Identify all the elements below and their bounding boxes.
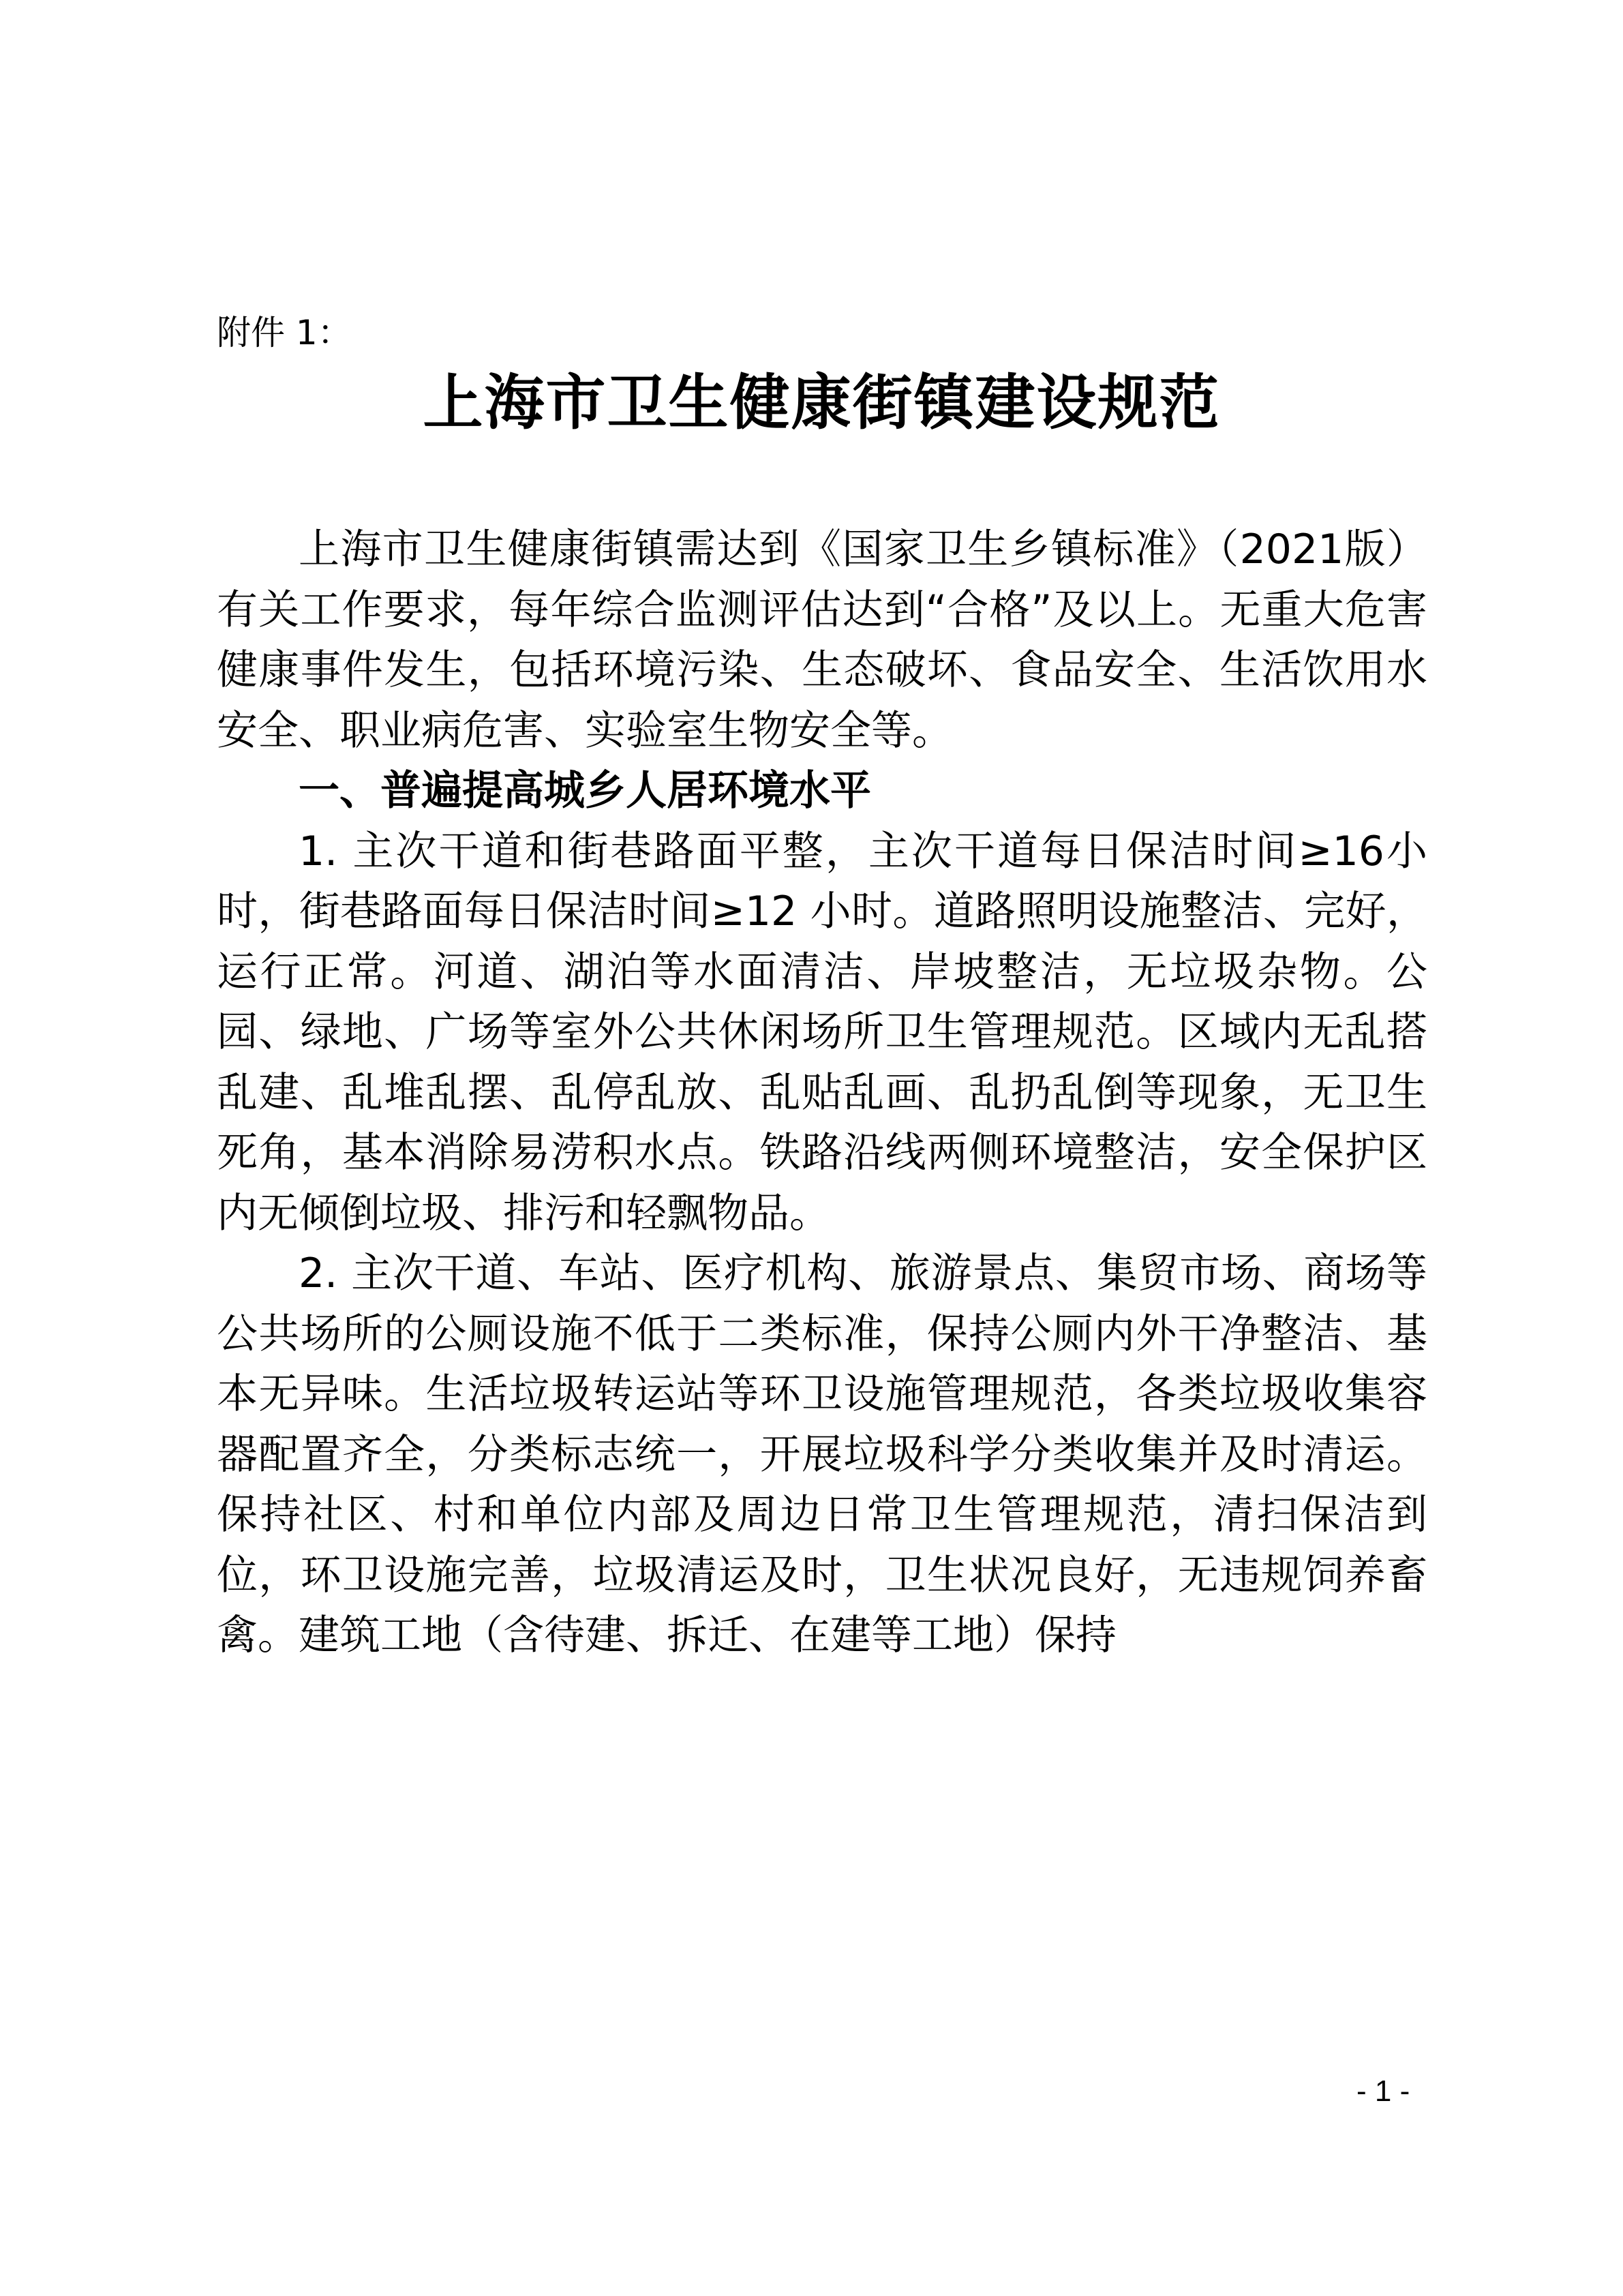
list-item: 1. 主次干道和街巷路面平整，主次干道每日保洁时间≥16小时，街巷路面每日保洁时… (217, 821, 1427, 1244)
page-number: - 1 - (1356, 2072, 1410, 2111)
section-heading: 一、普遍提高城乡人居环境水平 (217, 761, 1427, 821)
document-body: 上海市卫生健康街镇需达到《国家卫生乡镇标准》（2021版）有关工作要求，每年综合… (217, 519, 1427, 1666)
document-title: 上海市卫生健康街镇建设规范 (0, 365, 1623, 440)
attachment-label: 附件 1： (217, 312, 352, 353)
list-item: 2. 主次干道、车站、医疗机构、旅游景点、集贸市场、商场等公共场所的公厕设施不低… (217, 1243, 1427, 1666)
intro-paragraph: 上海市卫生健康街镇需达到《国家卫生乡镇标准》（2021版）有关工作要求，每年综合… (217, 519, 1427, 761)
document-page: 附件 1： 上海市卫生健康街镇建设规范 上海市卫生健康街镇需达到《国家卫生乡镇标… (0, 0, 1623, 2296)
